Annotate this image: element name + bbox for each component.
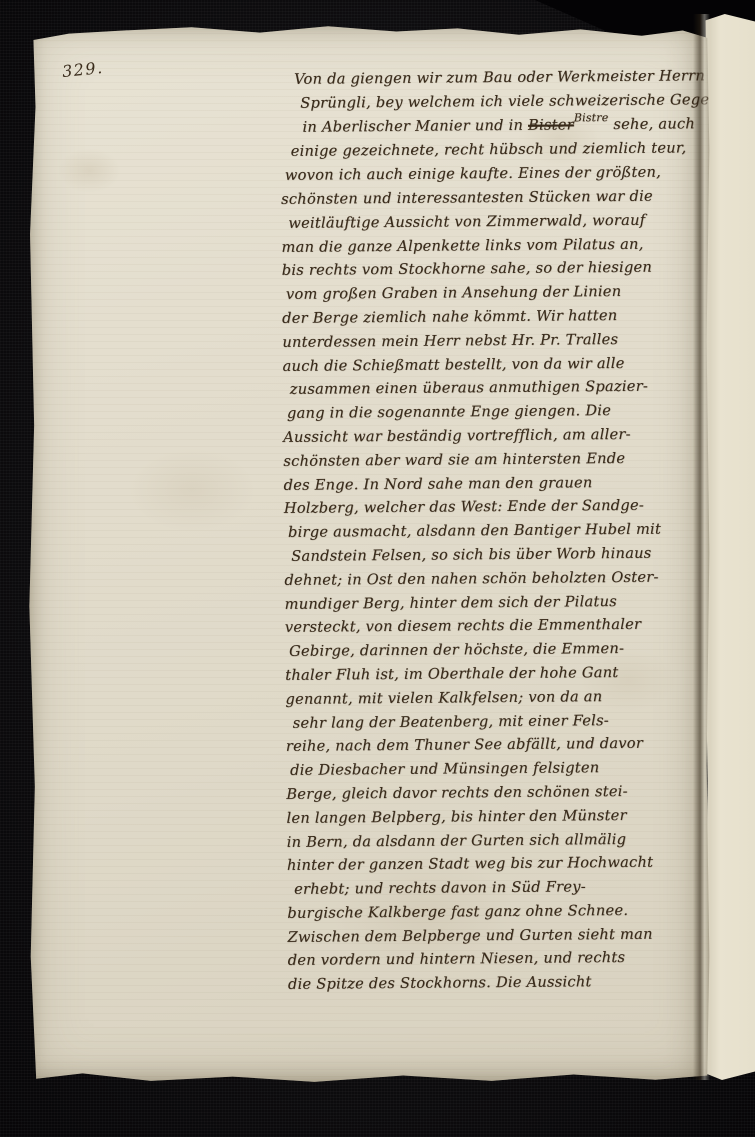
manuscript-page: 329. Von da giengen wir zum Bau oder Wer… — [28, 22, 710, 1084]
text-line: wovon ich auch einige kaufte. Eines der … — [281, 160, 721, 188]
binding-crease — [693, 14, 710, 1080]
text-line: die Spitze des Stockhorns. Die Aussicht — [288, 969, 728, 997]
text-line: Sprüngli, bey welchem ich viele schweize… — [280, 88, 720, 116]
text-line: in Aberlischer Manier und in BisterBistr… — [280, 112, 720, 141]
handwritten-text: Von da giengen wir zum Bau oder Werkmeis… — [280, 64, 728, 997]
struck-word: Bister — [528, 116, 574, 133]
text-line: dehnet; in Ost den nahen schön beholzten… — [284, 565, 724, 593]
text-segment: in Aberlischer Manier und in — [302, 116, 528, 135]
page-number: 329. — [61, 58, 104, 81]
text-line: Von da giengen wir zum Bau oder Werkmeis… — [280, 64, 720, 92]
inserted-word: Bistre — [574, 111, 609, 124]
manuscript-photo: 329. Von da giengen wir zum Bau oder Wer… — [0, 0, 755, 1137]
text-segment: sehe, auch — [608, 115, 695, 133]
text-line: birge ausmacht, alsdann den Bantiger Hub… — [284, 517, 724, 545]
